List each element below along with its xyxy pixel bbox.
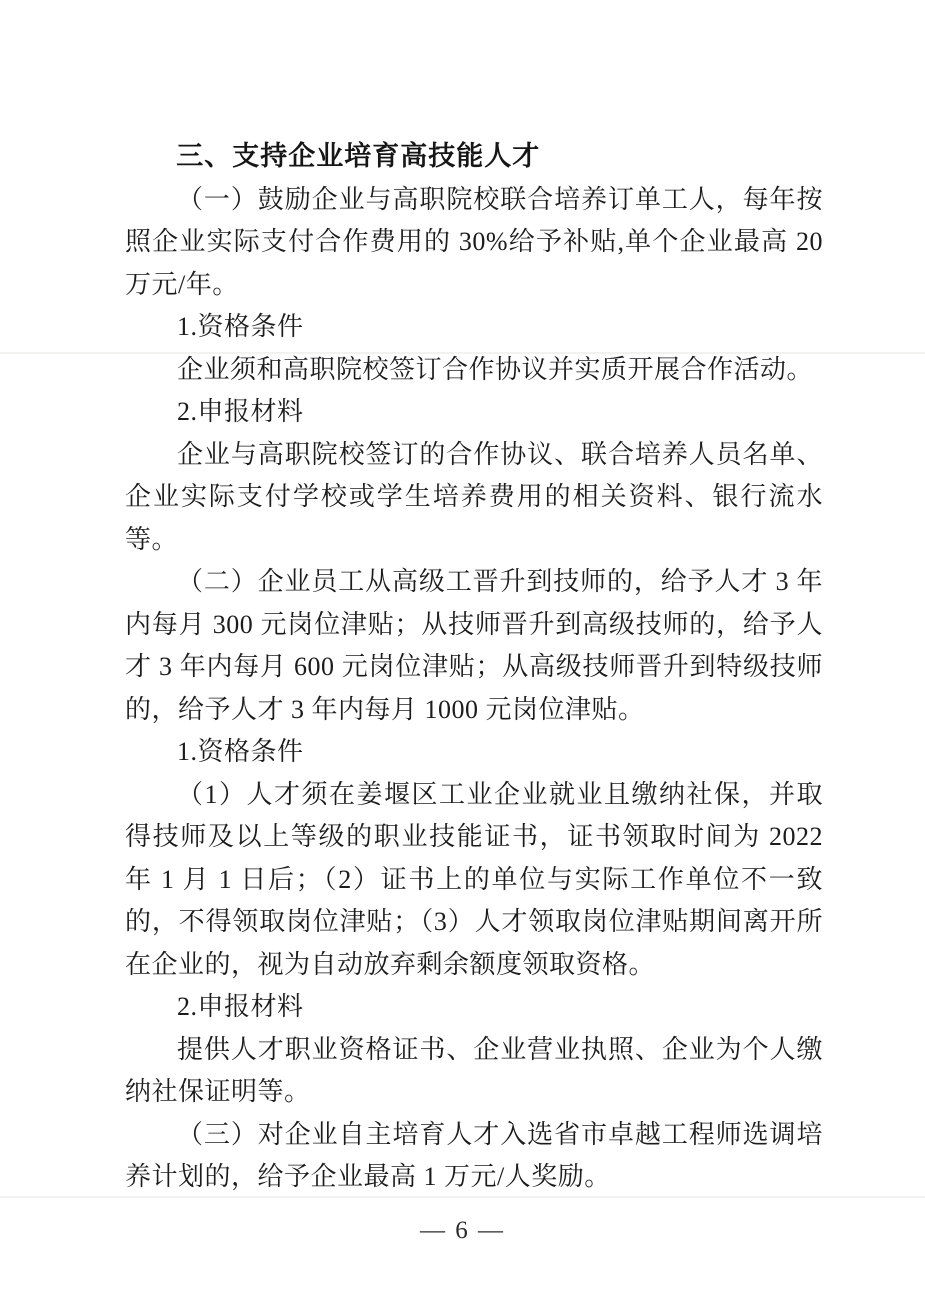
document-content: 三、支持企业培育高技能人才 （一）鼓励企业与高职院校联合培养订单工人，每年按照企… <box>125 136 823 1199</box>
document-page: 三、支持企业培育高技能人才 （一）鼓励企业与高职院校联合培养订单工人，每年按照企… <box>0 0 925 1310</box>
paragraph-qualification-detail-2: （1）人才须在姜堰区工业企业就业且缴纳社保，并取得技师及以上等级的职业技能证书，… <box>125 774 823 987</box>
section-heading: 三、支持企业培育高技能人才 <box>125 136 823 179</box>
paragraph-subheading-materials-2: 2.申报材料 <box>125 986 823 1029</box>
paragraph-materials-detail-1: 企业与高职院校签订的合作协议、联合培养人员名单、企业实际支付学校或学生培养费用的… <box>125 434 823 562</box>
paragraph-subheading-qualification-1: 1.资格条件 <box>125 306 823 349</box>
paragraph-item-1: （一）鼓励企业与高职院校联合培养订单工人，每年按照企业实际支付合作费用的 30%… <box>125 179 823 307</box>
paragraph-item-2: （二）企业员工从高级工晋升到技师的，给予人才 3 年内每月 300 元岗位津贴；… <box>125 561 823 731</box>
paragraph-qualification-detail-1: 企业须和高职院校签订合作协议并实质开展合作活动。 <box>125 349 823 392</box>
paragraph-subheading-qualification-2: 1.资格条件 <box>125 731 823 774</box>
page-number: — 6 — <box>0 1216 925 1246</box>
paragraph-subheading-materials-1: 2.申报材料 <box>125 391 823 434</box>
paragraph-item-3: （三）对企业自主培育人才入选省市卓越工程师选调培养计划的，给予企业最高 1 万元… <box>125 1114 823 1199</box>
paragraph-materials-detail-2: 提供人才职业资格证书、企业营业执照、企业为个人缴纳社保证明等。 <box>125 1029 823 1114</box>
